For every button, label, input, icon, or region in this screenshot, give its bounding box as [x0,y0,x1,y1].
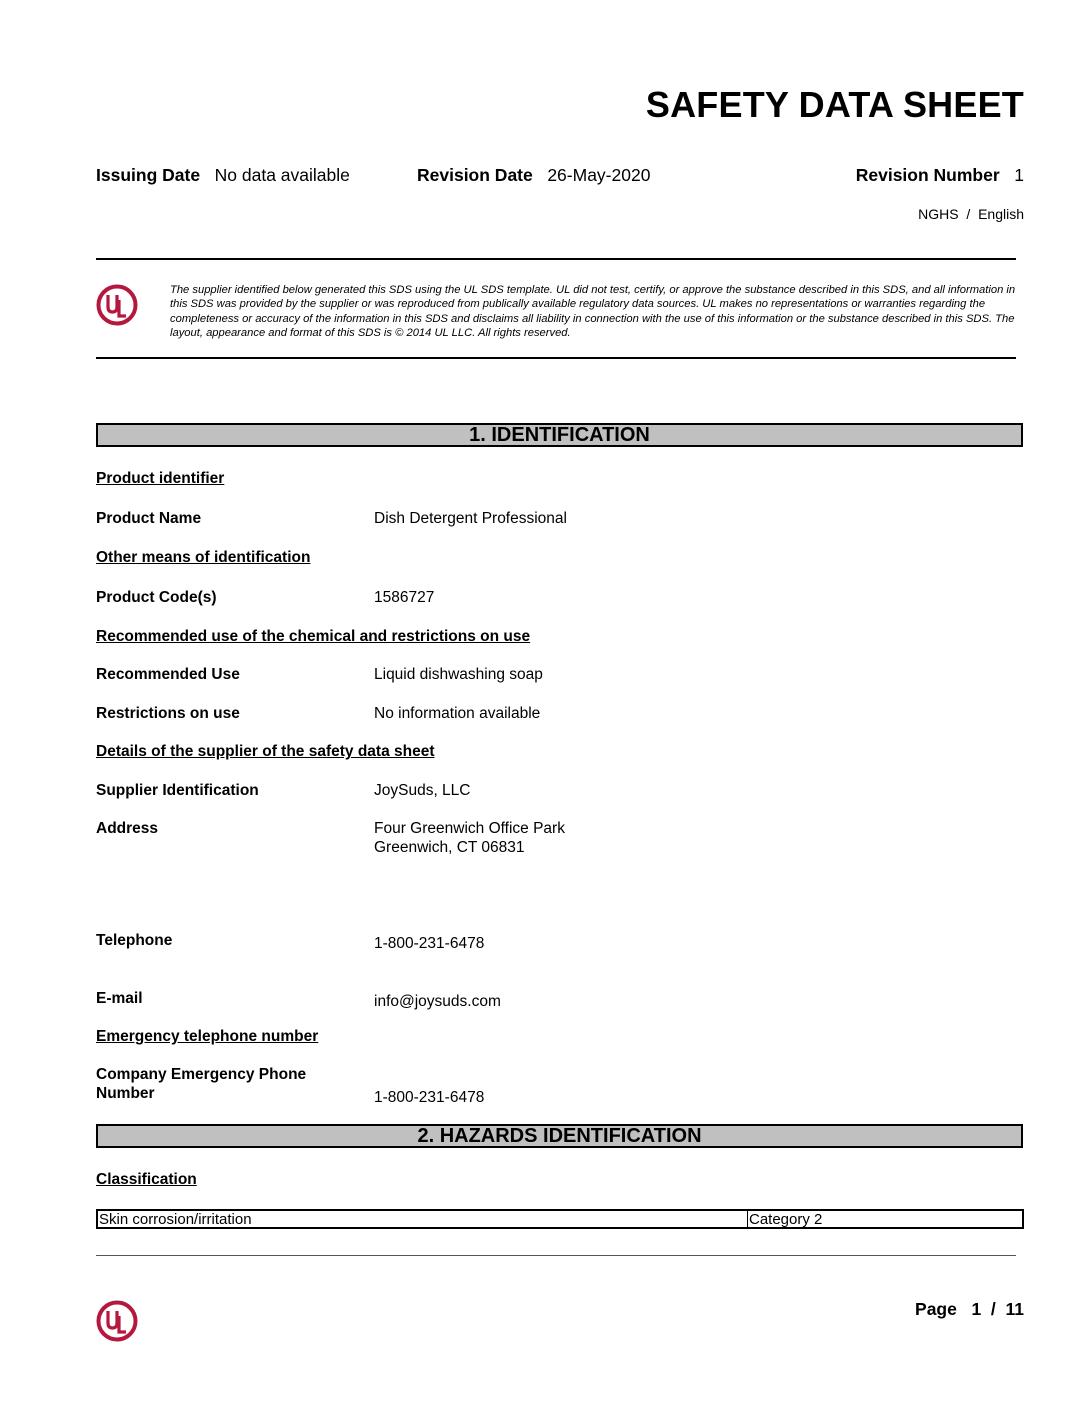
footer-divider [96,1255,1016,1256]
recommended-use-value: Liquid dishwashing soap [374,665,543,684]
emergency-label-line-2: Number [96,1084,155,1103]
email-value: info@joysuds.com [374,992,501,1011]
classification-heading: Classification [96,1171,197,1189]
recommended-use-heading: Recommended use of the chemical and rest… [96,628,530,646]
product-code-label: Product Code(s) [96,588,217,607]
email-label: E-mail [96,989,143,1008]
revision-number-value: 1 [1014,165,1024,185]
section-1-header: 1. IDENTIFICATION [96,423,1023,447]
supplier-heading: Details of the supplier of the safety da… [96,743,435,761]
restrictions-value: No information available [374,704,540,723]
revision-date-value: 26-May-2020 [547,165,650,185]
supplier-value: JoySuds, LLC [374,781,471,800]
address-line-1: Four Greenwich Office Park [374,819,565,838]
revision-date-label: Revision Date [417,165,533,185]
section-2-header: 2. HAZARDS IDENTIFICATION [96,1124,1023,1148]
hazard-category-cell: Category 2 [748,1211,1022,1227]
issuing-date-value: No data available [215,165,350,185]
product-identifier-heading: Product identifier [96,470,224,488]
ul-logo-icon [96,1300,138,1342]
divider [96,258,1016,260]
hazard-class-cell: Skin corrosion/irritation [98,1211,748,1227]
language-indicator: NGHS / English [918,206,1024,222]
restrictions-label: Restrictions on use [96,704,240,723]
page-number: Page 1 / 11 [915,1299,1024,1320]
emergency-value: 1-800-231-6478 [374,1088,484,1107]
emergency-label-line-1: Company Emergency Phone [96,1065,306,1084]
emergency-heading: Emergency telephone number [96,1028,318,1046]
product-name-label: Product Name [96,509,201,528]
page-label: Page [915,1299,957,1319]
address-label: Address [96,819,158,838]
other-means-heading: Other means of identification [96,549,310,567]
revision-number-label: Revision Number [856,165,1000,185]
product-code-value: 1586727 [374,588,434,607]
recommended-use-label: Recommended Use [96,665,240,684]
divider [96,357,1016,359]
supplier-label: Supplier Identification [96,781,259,800]
issuing-date: Issuing Date No data available [96,165,350,186]
classification-table: Skin corrosion/irritation Category 2 [96,1209,1024,1229]
address-line-2: Greenwich, CT 06831 [374,838,525,857]
page-value: 1 / 11 [971,1299,1024,1319]
telephone-value: 1-800-231-6478 [374,934,484,953]
revision-date: Revision Date 26-May-2020 [417,165,650,186]
product-name-value: Dish Detergent Professional [374,509,567,528]
issuing-date-label: Issuing Date [96,165,200,185]
ul-logo-icon [96,284,138,326]
revision-number: Revision Number 1 [856,165,1024,186]
telephone-label: Telephone [96,931,172,950]
ul-disclaimer: The supplier identified below generated … [170,283,1030,341]
document-title: SAFETY DATA SHEET [646,84,1024,126]
